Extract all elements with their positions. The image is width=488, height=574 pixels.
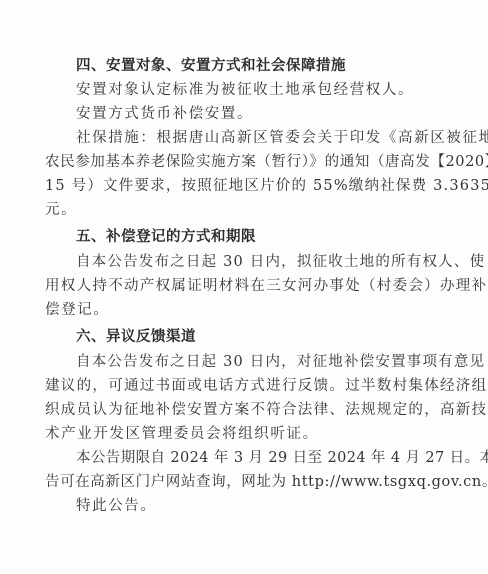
paragraph-line: 术产业开发区管理委员会将组织听证。 [45, 424, 319, 444]
section-heading-5: 五、补偿登记的方式和期限 [76, 227, 256, 247]
section-heading-6: 六、异议反馈渠道 [76, 327, 196, 347]
website-line: 告可在高新区门户网站查询，网址为 http://www.tsgxq.gov.cn… [45, 472, 488, 492]
paragraph-line: 社保措施：根据唐山高新区管委会关于印发《高新区被征地 [76, 128, 488, 148]
paragraph-line: 建议的，可通过书面或电话方式进行反馈。过半数村集体经济组 [45, 376, 487, 396]
paragraph-line: 织成员认为征地补偿安置方案不符合法律、法规规定的，高新技 [45, 400, 487, 420]
paragraph-line: 自本公告发布之日起 30 日内，拟征收土地的所有权人、使 [76, 252, 485, 272]
paragraph-line: 15 号）文件要求，按照征地区片价的 55%缴纳社保费 3.3635 万 [45, 176, 488, 196]
paragraph-line: 自本公告发布之日起 30 日内，对征地补偿安置事项有意见 [76, 352, 485, 372]
paragraph-line: 农民参加基本养老保险实施方案（暂行）》的通知（唐高发【2020】 [45, 152, 488, 172]
notice-period-line: 本公告期限自 2024 年 3 月 29 日至 2024 年 4 月 27 日。… [76, 448, 488, 468]
paragraph-line: 安置方式货币补偿安置。 [76, 104, 253, 124]
paragraph-line: 用权人持不动产权属证明材料在三女河办事处（村委会）办理补 [45, 276, 487, 296]
closing-line: 特此公告。 [76, 496, 157, 516]
paragraph-line: 安置对象认定标准为被征收土地承包经营权人。 [76, 80, 414, 100]
paragraph-line: 偿登记。 [45, 300, 109, 320]
document-page: 四、安置对象、安置方式和社会保障措施 安置对象认定标准为被征收土地承包经营权人。… [0, 0, 488, 574]
paragraph-line: 元。 [45, 200, 77, 220]
section-heading-4: 四、安置对象、安置方式和社会保障措施 [76, 56, 346, 76]
